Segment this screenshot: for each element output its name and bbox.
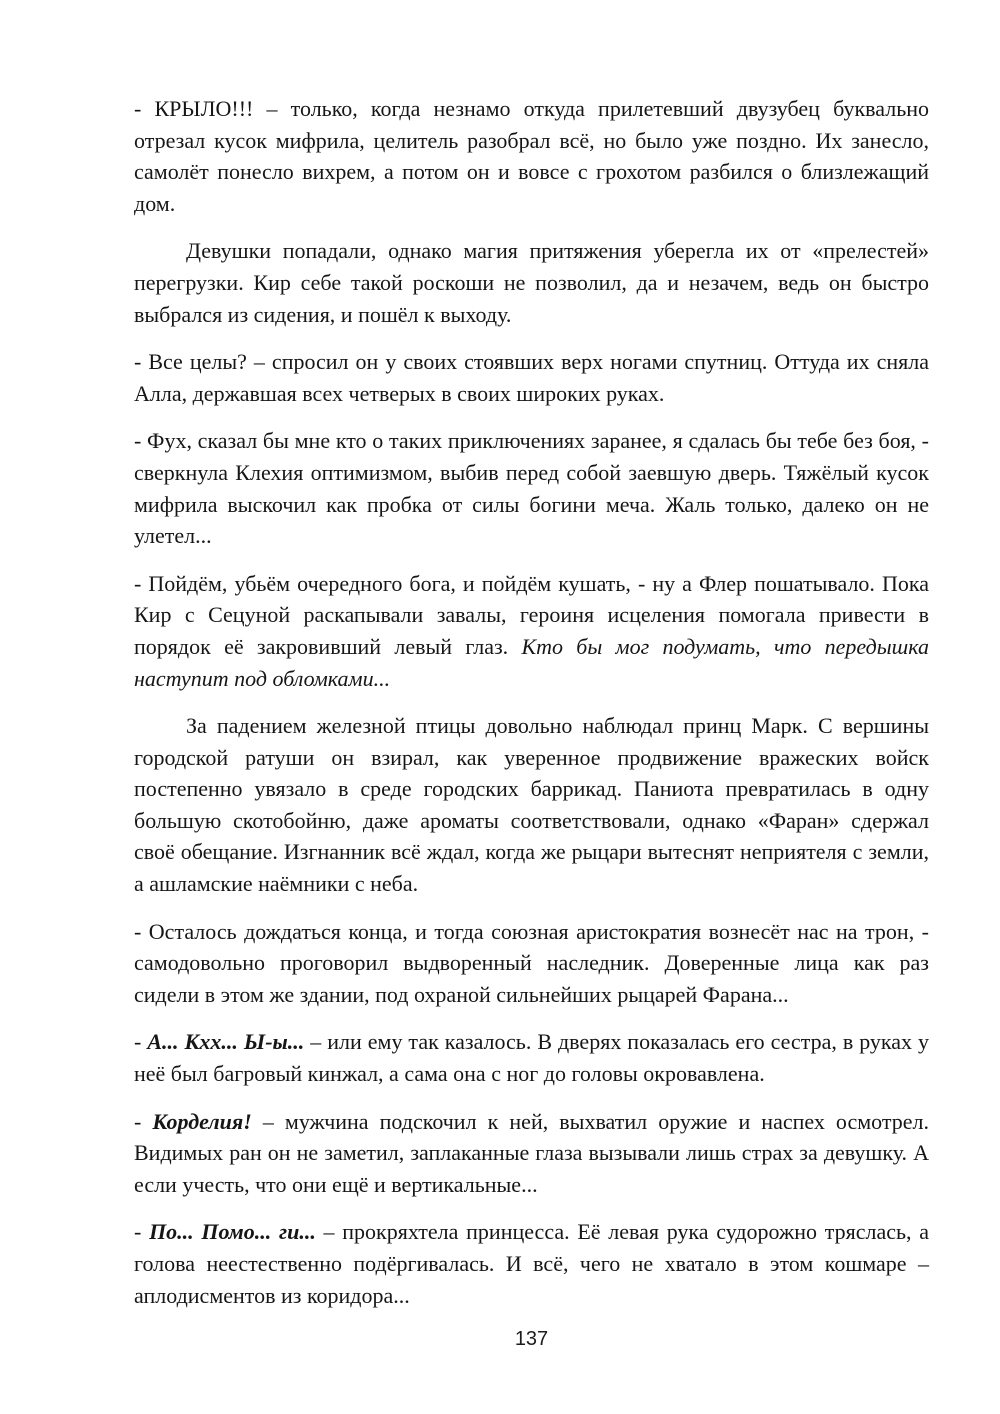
text-run: Девушки попадали, однако магия притяжени… xyxy=(134,238,929,326)
text-run: - xyxy=(134,1109,152,1134)
book-page: - КРЫЛО!!! – только, когда незнамо откуд… xyxy=(0,0,1000,1414)
text-run: - КРЫЛО!!! – только, когда незнамо откуд… xyxy=(134,96,929,216)
paragraph: За падением железной птицы довольно набл… xyxy=(134,710,929,900)
text-run: - Осталось дождаться конца, и тогда союз… xyxy=(134,919,929,1007)
paragraph: - Фух, сказал бы мне кто о таких приключ… xyxy=(134,425,929,551)
paragraph: Девушки попадали, однако магия притяжени… xyxy=(134,235,929,330)
text-run: - Фух, сказал бы мне кто о таких приключ… xyxy=(134,428,929,548)
text-run: - xyxy=(134,1219,149,1244)
paragraph: - КРЫЛО!!! – только, когда незнамо откуд… xyxy=(134,93,929,219)
text-run-bold-italic: А... Кхх... Ы-ы... xyxy=(147,1029,304,1054)
paragraph: - Осталось дождаться конца, и тогда союз… xyxy=(134,916,929,1011)
paragraph: - Пойдём, убьём очередного бога, и пойдё… xyxy=(134,568,929,694)
paragraph: - Все целы? – спросил он у своих стоявши… xyxy=(134,346,929,409)
paragraph: - По... Помо... ги... – прокряхтела прин… xyxy=(134,1216,929,1311)
text-run-bold-italic: Корделия! xyxy=(152,1109,251,1134)
page-number: 137 xyxy=(134,1327,929,1351)
paragraph: - А... Кхх... Ы-ы... – или ему так казал… xyxy=(134,1026,929,1089)
paragraph: - Корделия! – мужчина подскочил к ней, в… xyxy=(134,1106,929,1201)
text-run: За падением железной птицы довольно набл… xyxy=(134,713,929,896)
text-run: - Все целы? – спросил он у своих стоявши… xyxy=(134,349,929,406)
text-run: - xyxy=(134,1029,147,1054)
text-run-bold-italic: По... Помо... ги... xyxy=(149,1219,316,1244)
text-run: – мужчина подскочил к ней, выхватил оруж… xyxy=(134,1109,929,1197)
